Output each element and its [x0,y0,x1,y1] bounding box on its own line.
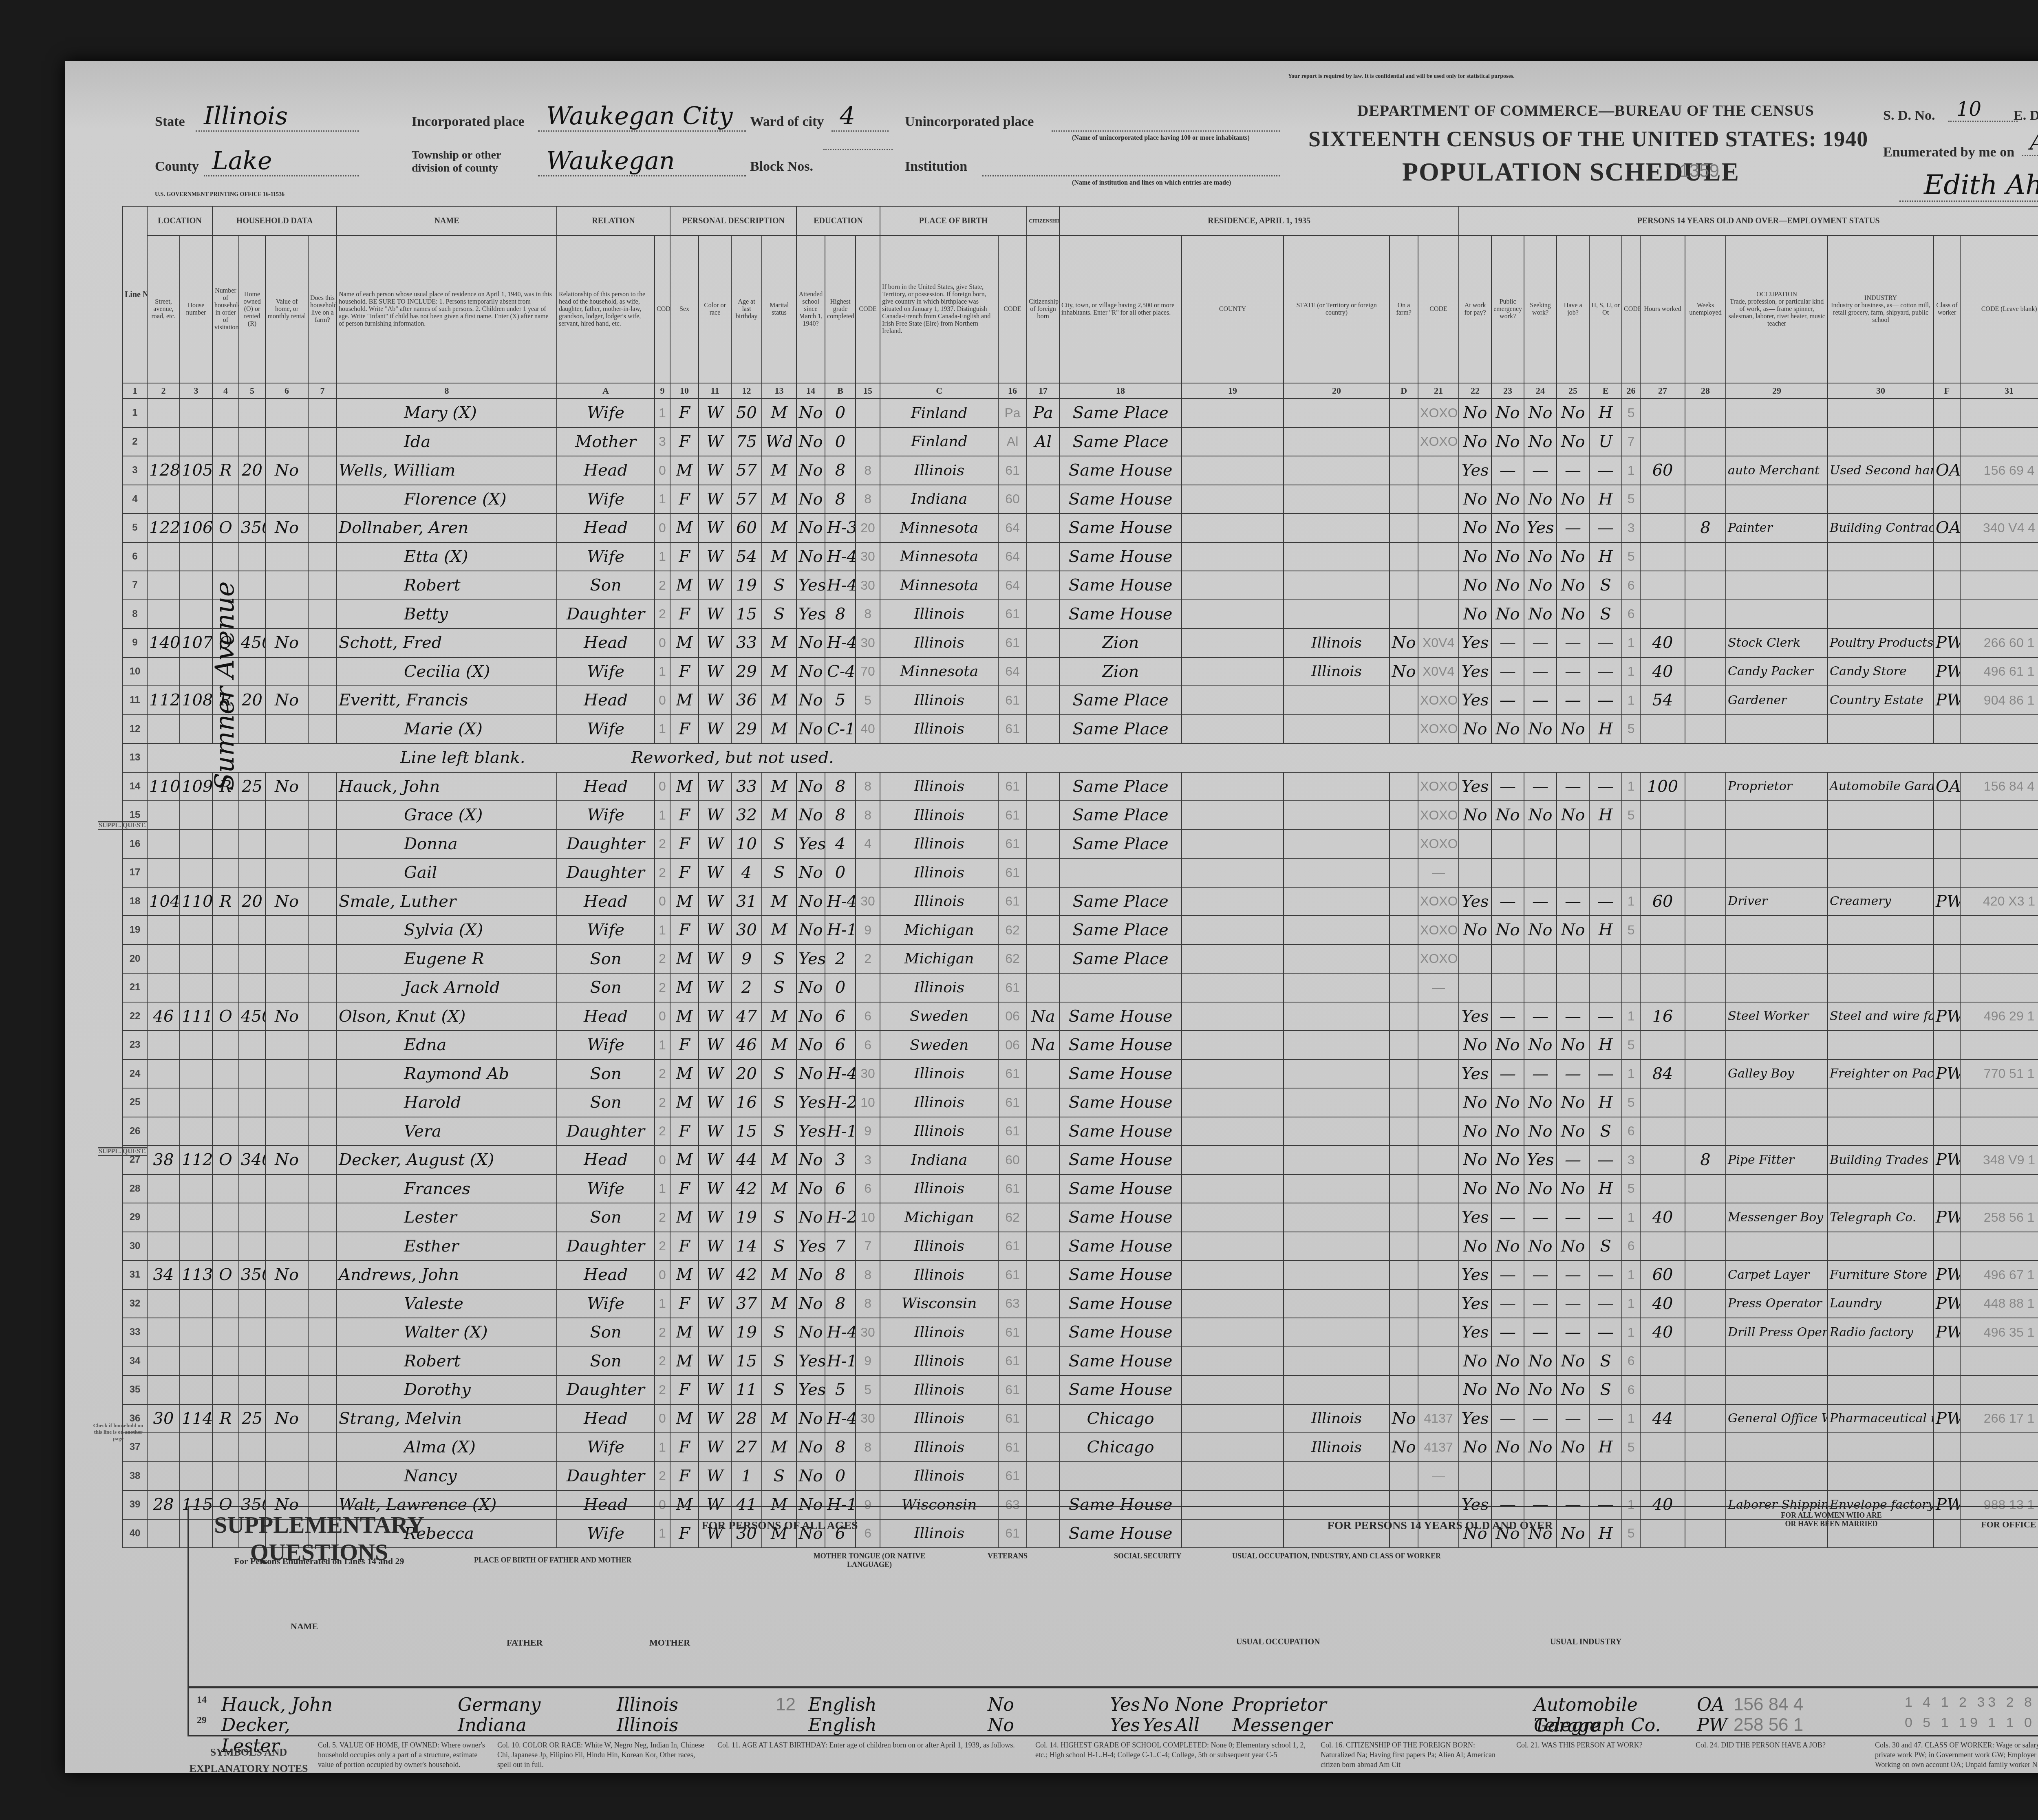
cell-tenure [239,1289,265,1318]
cell-c24: No [1557,1174,1589,1203]
cell-farm [308,1203,337,1232]
cell-birthplace: Illinois [880,1088,998,1117]
cell-c24: — [1557,1318,1589,1347]
cell-school: Yes [796,571,825,600]
cell-c27 [1685,1375,1726,1404]
department-title: DEPARTMENT OF COMMERCE—BUREAU OF THE CEN… [1357,102,1814,120]
cell-c21: No [1459,916,1491,945]
cell-grade: 8 [825,456,856,485]
cell-dwelling [212,830,239,859]
cell-code-c: 62 [998,1203,1027,1232]
cell-citizenship [1027,686,1059,715]
cell-house: 113 [180,1260,212,1289]
cell-res-farm [1390,916,1418,945]
cell-class [1934,542,1960,571]
cell-res-city: Same Place [1059,887,1182,916]
cell-code-e: 5 [1622,1088,1640,1117]
cell-res-city: Same House [1059,1232,1182,1261]
cell-code-d: XOXO [1418,830,1459,859]
cell-c22: — [1491,628,1524,657]
cell-value [265,858,308,887]
cell-sex: M [670,973,699,1002]
line-number: 28 [123,1174,147,1203]
group-personal: PERSONAL DESCRIPTION [670,206,796,236]
cell-house: 112 [180,1146,212,1174]
cell-farm [308,399,337,427]
cell-street: 28 [147,1490,180,1519]
cell-res-county [1182,916,1284,945]
cell-tenure: 25 [239,1404,265,1433]
table-row: 3630114R25NoStrang, MelvinHead0MW28MNoH-… [123,1404,2038,1433]
cell-race: W [699,1174,731,1203]
cell-code-d [1418,1117,1459,1146]
cell-c27 [1685,600,1726,629]
cell-code-c: 60 [998,485,1027,514]
col-code-b: CODE [856,236,880,383]
cell-industry: Automobile Garage [1828,772,1934,801]
cell-relation: Head [557,1260,655,1289]
cell-c25: U [1589,427,1622,456]
person-name: Betty [337,600,557,629]
cell-grade: 8 [825,1433,856,1462]
cell-c27 [1685,715,1726,744]
col-number: C [880,383,998,399]
cell-c22: — [1491,686,1524,715]
given-name: Etta (X) [339,547,468,566]
cell-dwelling [212,1060,239,1088]
col-code-a: CODE [655,236,670,383]
legend-col5: Col. 5. VALUE OF HOME, IF OWNED: Where o… [318,1740,489,1769]
cell-tenure [239,1088,265,1117]
cell-c24: — [1557,1289,1589,1318]
cell-street: 46 [147,1002,180,1031]
cell-c21: No [1459,542,1491,571]
cell-dwelling [212,427,239,456]
person-name: Walter (X) [337,1318,557,1347]
cell-res-farm [1390,513,1418,542]
line-number: 1 [123,399,147,427]
cell-marital: S [762,1375,796,1404]
cell-code-a: 0 [655,686,670,715]
cell-citizenship [1027,456,1059,485]
cell-sex: M [670,1347,699,1376]
cell-c27 [1685,1031,1726,1060]
cell-birthplace: Minnesota [880,513,998,542]
cell-age: 1 [731,1462,762,1491]
legend-col10: Col. 10. COLOR OR RACE: White W, Negro N… [497,1740,709,1769]
cell-citizenship: Na [1027,1031,1059,1060]
cell-grade: 0 [825,1462,856,1491]
cell-value: No [265,456,308,485]
line-number: 2 [123,427,147,456]
cell-res-city: Same House [1059,542,1182,571]
cell-marital: M [762,916,796,945]
supp-veterans-header: VETERANS [988,1552,1028,1560]
cell-res-county [1182,427,1284,456]
cell-marital: S [762,600,796,629]
cell-industry [1828,1462,1934,1491]
cell-c27 [1685,1060,1726,1088]
supp-ss2: Yes [1143,1715,1171,1736]
cell-code-d [1418,1203,1459,1232]
cell-birthplace: Illinois [880,887,998,916]
cell-race: W [699,830,731,859]
cell-dwelling: O [212,1260,239,1289]
table-row: 6Etta (X)Wife1FW54MNoH-430Minnesota64Sam… [123,542,2038,571]
cell-street [147,485,180,514]
supp-mother: Illinois [617,1715,731,1736]
group-residence: RESIDENCE, APRIL 1, 1935 [1059,206,1459,236]
cell-birthplace: Illinois [880,1174,998,1203]
cell-grade: H-4 [825,1060,856,1088]
given-name: Gail [339,863,437,882]
cell-c23: No [1524,427,1557,456]
cell-age: 57 [731,485,762,514]
cell-dwelling [212,1031,239,1060]
cell-c21: No [1459,1174,1491,1203]
cell-sex: F [670,801,699,830]
cell-c25: — [1589,657,1622,686]
cell-c22 [1491,1462,1524,1491]
cell-industry [1828,1232,1934,1261]
person-name: Etta (X) [337,542,557,571]
cell-c24: — [1557,513,1589,542]
person-name: Vera [337,1117,557,1146]
col-code-c: CODE [998,236,1027,383]
supp-col-name: NAME [291,1621,318,1632]
col-class: Class of worker [1934,236,1960,383]
col-27: Weeks unemployed [1685,236,1726,383]
cell-occupation [1726,1462,1828,1491]
cell-c25: H [1589,1031,1622,1060]
table-row: 15Grace (X)Wife1FW32MNo88Illinois61Same … [123,801,2038,830]
line-number: 25 [123,1088,147,1117]
cell-tenure: 3400 [239,1146,265,1174]
incorporated-place-label: Incorporated place [412,114,525,130]
cell-house: 114 [180,1404,212,1433]
cell-value: No [265,1002,308,1031]
cell-code-a: 1 [655,916,670,945]
cell-code-a: 2 [655,1203,670,1232]
cell-grade: C-4 [825,657,856,686]
cell-birthplace: Illinois [880,1318,998,1347]
cell-citizenship [1027,830,1059,859]
cell-code-f [1960,916,2038,945]
cell-dwelling [212,399,239,427]
line-number: 12 [123,715,147,744]
cell-age: 27 [731,1433,762,1462]
cell-house [180,1088,212,1117]
cell-class [1934,1117,1960,1146]
cell-c26 [1640,1347,1685,1376]
cell-birthplace: Illinois [880,628,998,657]
col-number: D [1390,383,1418,399]
cell-c23: No [1524,600,1557,629]
cell-res-farm [1390,485,1418,514]
cell-grade: H-4 [825,571,856,600]
cell-res-county [1182,1260,1284,1289]
group-location: LOCATION [147,206,212,236]
block-label: Block Nos. [750,159,813,174]
supp-ss1: Yes [1110,1715,1138,1736]
col-number: 26 [1622,383,1640,399]
cell-code-e: 1 [1622,456,1640,485]
cell-tenure [239,1347,265,1376]
cell-code-d [1418,1289,1459,1318]
cell-dwelling [212,485,239,514]
cell-c22: No [1491,1146,1524,1174]
cell-citizenship [1027,1318,1059,1347]
cell-tenure: 20 [239,686,265,715]
cell-grade: 8 [825,801,856,830]
cell-c26 [1640,542,1685,571]
cell-class [1934,1031,1960,1060]
cell-c26 [1640,1433,1685,1462]
cell-school: No [796,542,825,571]
given-name: Cecilia (X) [339,662,490,681]
cell-street [147,657,180,686]
cell-birthplace: Sweden [880,1002,998,1031]
col-value: Value of home, or monthly rental [265,236,308,383]
cell-c21: Yes [1459,657,1491,686]
cell-code-f: 340 V4 4 [1960,513,2038,542]
cell-c21 [1459,945,1491,974]
cell-relation: Head [557,628,655,657]
cell-c23 [1524,858,1557,887]
cell-code-c: 64 [998,657,1027,686]
cell-res-county [1182,801,1284,830]
cell-tenure [239,1174,265,1203]
line-number: 22 [123,1002,147,1031]
cell-industry [1828,830,1934,859]
person-name: Valeste [337,1289,557,1318]
cell-res-city: Same House [1059,571,1182,600]
cell-code-a: 1 [655,1031,670,1060]
cell-code-a: 0 [655,772,670,801]
cell-code-c: 06 [998,1002,1027,1031]
cell-race: W [699,1031,731,1060]
cell-class [1934,1375,1960,1404]
cell-marital: S [762,830,796,859]
cell-code-b: 30 [856,1318,880,1347]
cell-c25: S [1589,600,1622,629]
cell-relation: Head [557,772,655,801]
cell-c27 [1685,887,1726,916]
cell-code-e: 6 [1622,600,1640,629]
cell-res-city: Same Place [1059,686,1182,715]
cell-res-city: Same House [1059,1203,1182,1232]
col-number: 24 [1524,383,1557,399]
cell-c27 [1685,542,1726,571]
line-number: 33 [123,1318,147,1347]
cell-code-e [1622,973,1640,1002]
cell-relation: Son [557,945,655,974]
cell-code-f [1960,1117,2038,1146]
cell-c21: Yes [1459,628,1491,657]
cell-code-b: 10 [856,1203,880,1232]
cell-value [265,571,308,600]
col-26: Hours worked [1640,236,1685,383]
col-number: 19 [1182,383,1284,399]
cell-industry [1828,916,1934,945]
cell-citizenship [1027,628,1059,657]
cell-c23: — [1524,1404,1557,1433]
cell-race: W [699,1462,731,1491]
cell-grade: 8 [825,485,856,514]
cell-c23: No [1524,715,1557,744]
cell-school: No [796,686,825,715]
supp-col-usual-occ: USUAL OCCUPATION [1236,1637,1320,1647]
cell-school: No [796,427,825,456]
cell-sex: F [670,1031,699,1060]
cell-school: No [796,801,825,830]
given-name: Robert [339,1352,461,1371]
person-name: Donna [337,830,557,859]
cell-relation: Head [557,513,655,542]
cell-code-e: 5 [1622,399,1640,427]
supp-line: 29 [197,1715,213,1726]
given-name: Mary (X) [339,403,477,422]
cell-c25: H [1589,1433,1622,1462]
enumerator-signature: Edith Ahlgrim [1899,169,2038,202]
cell-res-farm [1390,1088,1418,1117]
cell-class: PW [1934,1060,1960,1088]
cell-code-c: 61 [998,715,1027,744]
cell-c26: 54 [1640,686,1685,715]
cell-age: 19 [731,1203,762,1232]
cell-citizenship [1027,1404,1059,1433]
cell-house: 108 [180,686,212,715]
cell-res-city: Same Place [1059,715,1182,744]
supp-class: PW [1697,1715,1734,1736]
cell-code-e [1622,945,1640,974]
cell-race: W [699,1088,731,1117]
cell-c25: H [1589,916,1622,945]
cell-code-b [856,1462,880,1491]
cell-code-d [1418,1174,1459,1203]
cell-school: No [796,657,825,686]
cell-c24: — [1557,456,1589,485]
cell-farm [308,1433,337,1462]
cell-tenure [239,571,265,600]
person-name: Nancy [337,1462,557,1491]
cell-res-city: Zion [1059,657,1182,686]
cell-race: W [699,1146,731,1174]
cell-code-d: XOXO [1418,801,1459,830]
blank-note-text-2: Reworked, but not used. [631,748,834,767]
person-name: Decker, August (X) [337,1146,557,1174]
cell-occupation [1726,715,1828,744]
cell-marital: S [762,1347,796,1376]
cell-res-county [1182,1289,1284,1318]
cell-code-f: 904 86 1 [1960,686,2038,715]
cell-birthplace: Sweden [880,1031,998,1060]
cell-industry [1828,1347,1934,1376]
cell-res-state [1284,1289,1390,1318]
cell-c26: 60 [1640,1260,1685,1289]
cell-c23: No [1524,399,1557,427]
cell-birthplace: Illinois [880,830,998,859]
cell-code-f [1960,1031,2038,1060]
cell-grade: H-4 [825,542,856,571]
cell-industry [1828,715,1934,744]
cell-c25: — [1589,1146,1622,1174]
cell-code-b: 30 [856,628,880,657]
cell-grade: 3 [825,1146,856,1174]
cell-class: PW [1934,628,1960,657]
cell-school: No [796,513,825,542]
cell-relation: Daughter [557,1375,655,1404]
cell-c21: No [1459,399,1491,427]
cell-industry: Building Contractor [1828,513,1934,542]
cell-grade: H-3 [825,513,856,542]
cell-res-county [1182,1060,1284,1088]
legal-notice: Your report is required by law. It is co… [1288,73,1696,80]
cell-relation: Head [557,1146,655,1174]
cell-industry [1828,1174,1934,1203]
supp-col-mother: MOTHER [649,1637,690,1648]
cell-birthplace: Indiana [880,1146,998,1174]
cell-class [1934,427,1960,456]
cell-house [180,399,212,427]
cell-relation: Son [557,973,655,1002]
cell-class [1934,571,1960,600]
line-number: 3 [123,456,147,485]
cell-res-farm [1390,1203,1418,1232]
cell-tenure: 3500 [239,513,265,542]
cell-res-farm [1390,1318,1418,1347]
table-row: 8BettyDaughter2FW15SYes88Illinois61Same … [123,600,2038,629]
cell-res-city: Same Place [1059,916,1182,945]
table-row: 37Alma (X)Wife1FW27MNo88Illinois61Chicag… [123,1433,2038,1462]
cell-race: W [699,801,731,830]
cell-code-a: 2 [655,1318,670,1347]
cell-code-b: 8 [856,1289,880,1318]
cell-code-d [1418,513,1459,542]
cell-c24: No [1557,916,1589,945]
cell-class: PW [1934,657,1960,686]
cell-code-b: 8 [856,772,880,801]
cell-code-b [856,858,880,887]
cell-marital: S [762,1232,796,1261]
cell-value [265,1433,308,1462]
cell-relation: Son [557,1060,655,1088]
cell-industry: Poultry Products [1828,628,1934,657]
legend-col14: Col. 14. HIGHEST GRADE OF SCHOOL COMPLET… [1035,1740,1312,1760]
cell-res-farm [1390,542,1418,571]
cell-c21: No [1459,571,1491,600]
cell-c26 [1640,600,1685,629]
cell-street: 110 [147,772,180,801]
cell-value: No [265,772,308,801]
given-name: Vera [339,1122,441,1141]
cell-sex: M [670,571,699,600]
cell-res-city: Chicago [1059,1433,1182,1462]
cell-school: No [796,887,825,916]
cell-code-a: 2 [655,830,670,859]
line-number: 36 [123,1404,147,1433]
cell-res-state [1284,858,1390,887]
cell-code-b: 8 [856,456,880,485]
cell-code-f [1960,973,2038,1002]
cell-class [1934,1088,1960,1117]
cell-c25 [1589,945,1622,974]
cell-code-e: 5 [1622,715,1640,744]
column-numbers-row: 12345678A91011121314B15C1617181920D21222… [123,383,2038,399]
cell-code-e: 1 [1622,657,1640,686]
cell-street [147,1519,180,1548]
cell-c21: Yes [1459,772,1491,801]
